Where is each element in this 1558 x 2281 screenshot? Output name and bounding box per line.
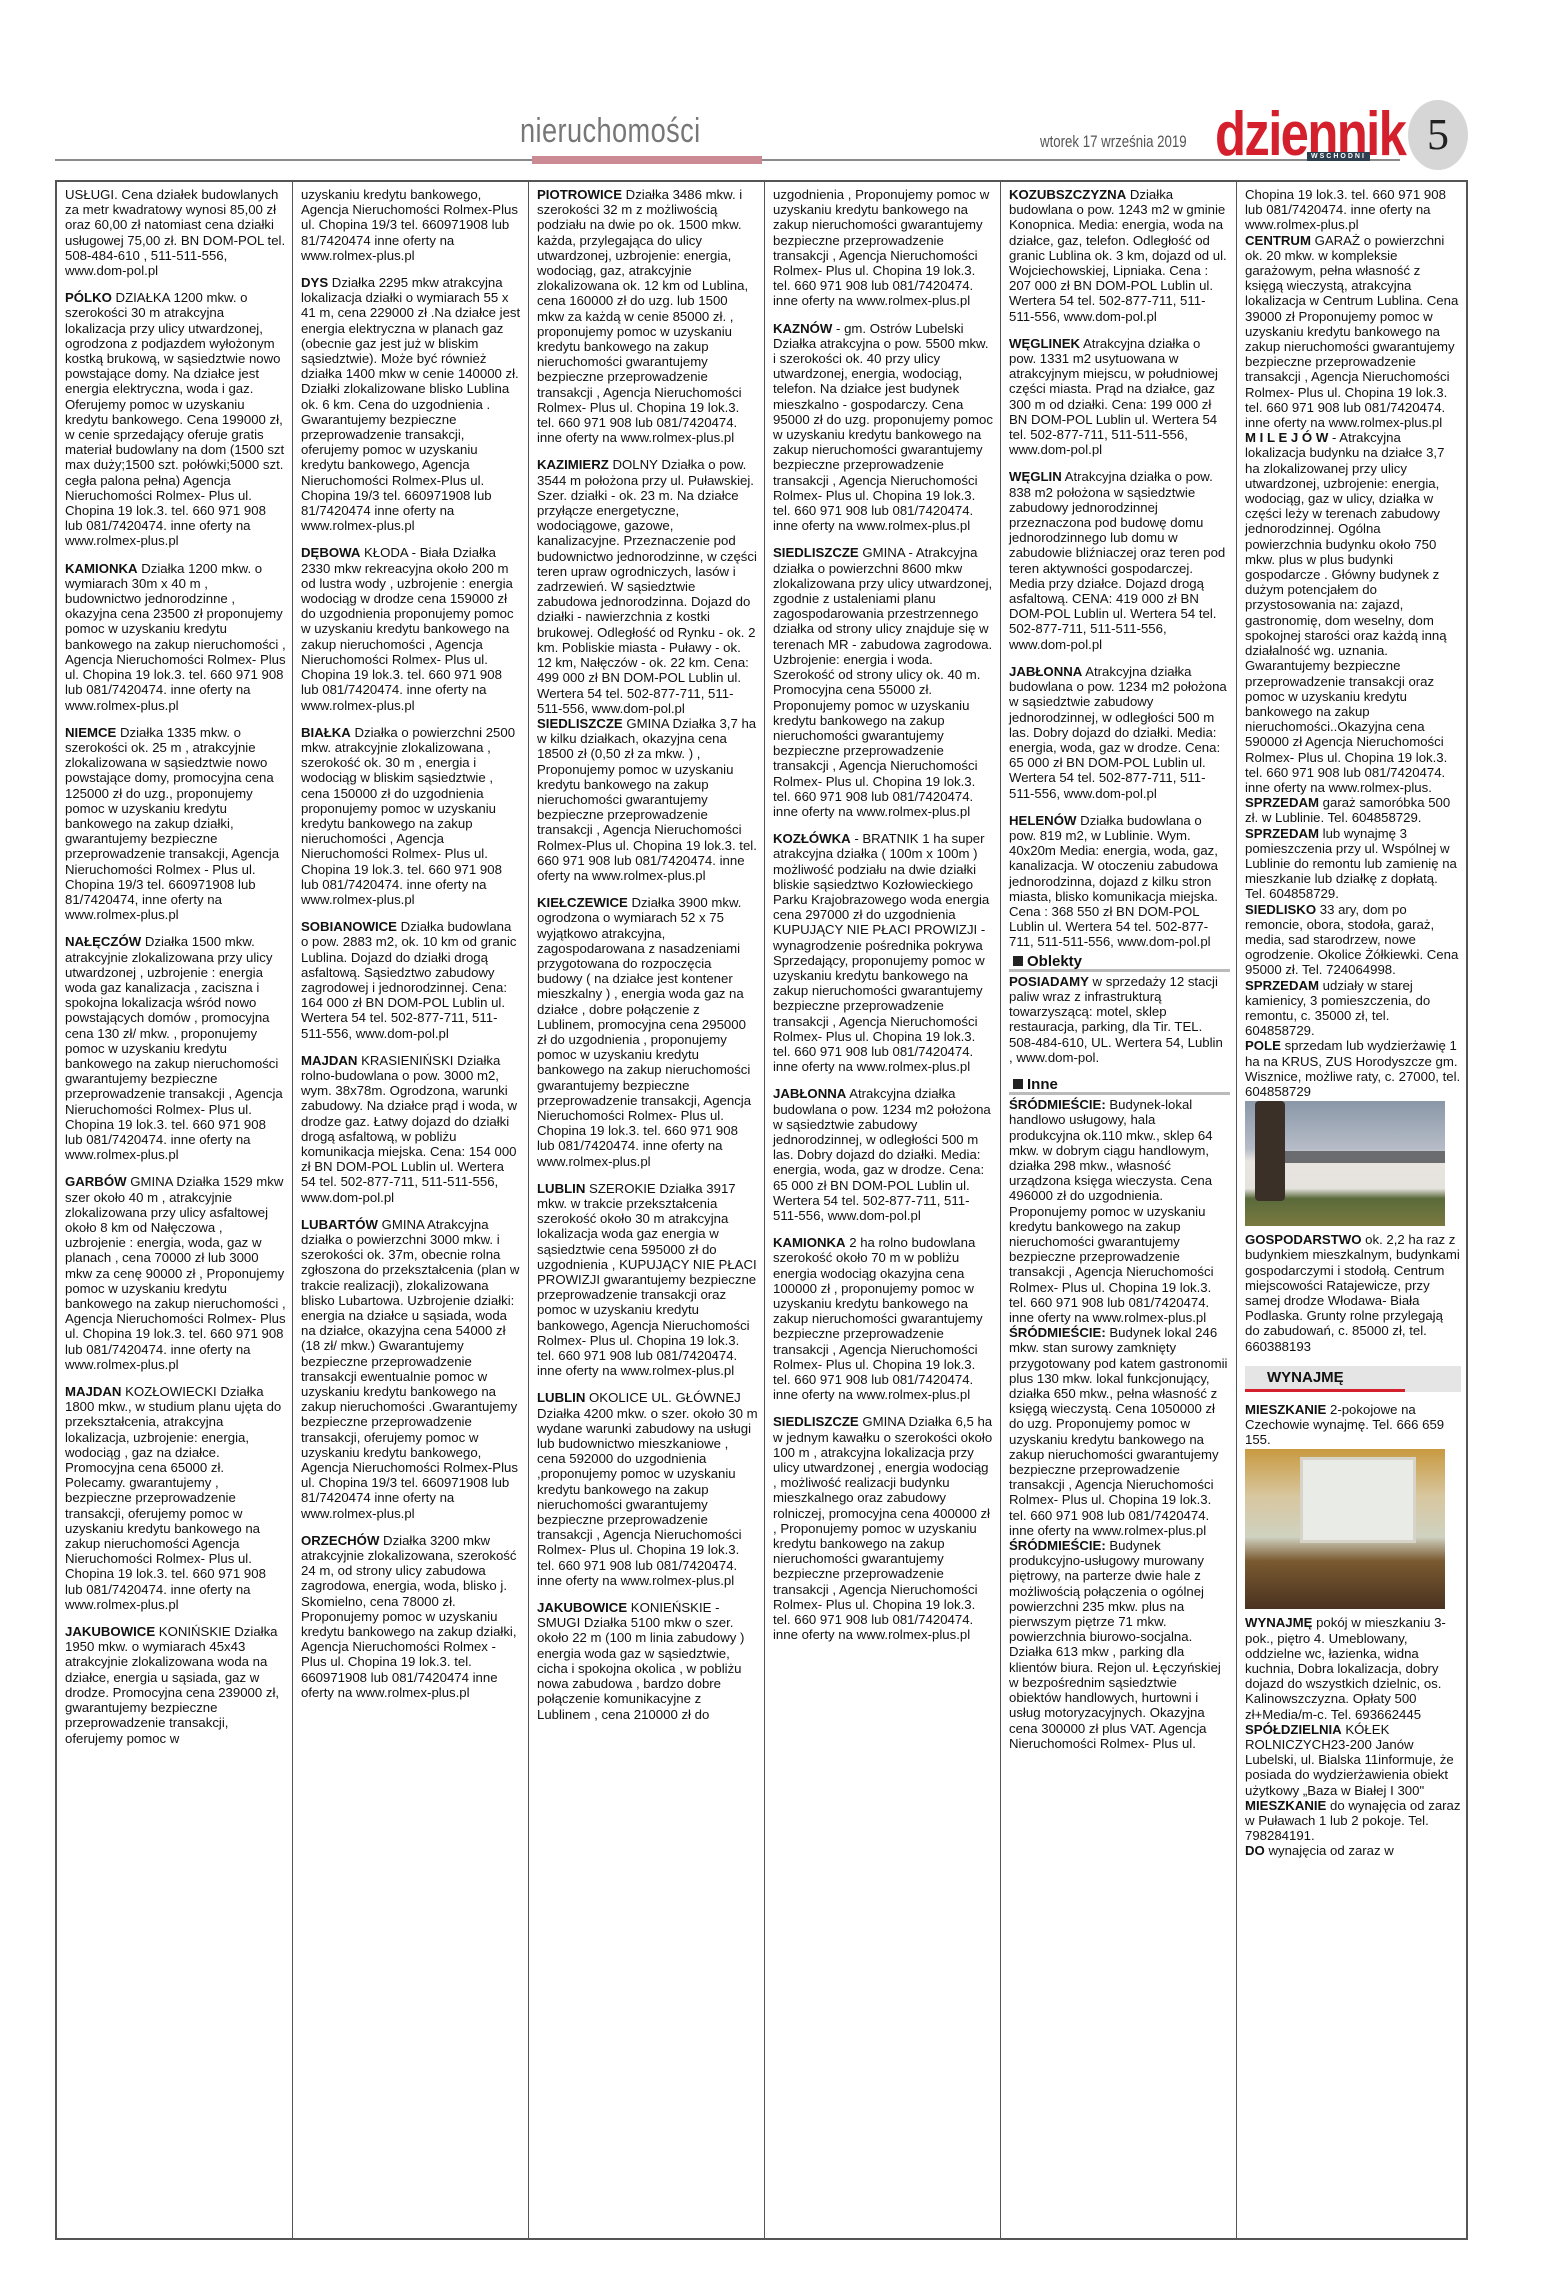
ad: MAJDAN KRASIENIŃSKI Działka rolno-budowl… bbox=[301, 1053, 522, 1205]
ad-lead: BIAŁKA bbox=[301, 725, 351, 740]
ad-lead: POSIADAMY bbox=[1009, 974, 1089, 989]
ad: SOBIANOWICE Działka budowlana o pow. 288… bbox=[301, 919, 522, 1041]
ad-lead: NAŁĘCZÓW bbox=[65, 934, 141, 949]
ad: DO wynajęcia od zaraz w bbox=[1245, 1843, 1461, 1858]
ad: PÓLKO DZIAŁKA 1200 mkw. o szerokości 30 … bbox=[65, 290, 286, 548]
ad-lead: PÓLKO bbox=[65, 290, 112, 305]
apartment-photo bbox=[1245, 1449, 1445, 1609]
ad: Chopina 19 lok.3. tel. 660 971 908 lub 0… bbox=[1245, 187, 1461, 233]
section-heading-rent: WYNAJMĘ bbox=[1245, 1366, 1461, 1392]
ad-lead: SOBIANOWICE bbox=[301, 919, 397, 934]
ad: CENTRUM GARAŻ o powierzchni ok. 20 mkw. … bbox=[1245, 233, 1461, 431]
column-6: Chopina 19 lok.3. tel. 660 971 908 lub 0… bbox=[1237, 182, 1467, 2238]
ad: LUBARTÓW GMINA Atrakcyjna działka o powi… bbox=[301, 1217, 522, 1521]
ad: KOZUBSZCZYZNA Działka budowlana o pow. 1… bbox=[1009, 187, 1230, 324]
ad: SPRZEDAM lub wynajmę 3 pomieszczenia prz… bbox=[1245, 826, 1461, 902]
ad-lead: DĘBOWA bbox=[301, 545, 360, 560]
ad-lead: POLE bbox=[1245, 1038, 1281, 1053]
ad: KOZŁÓWKA - BRATNIK 1 ha super atrakcyjna… bbox=[773, 831, 994, 1074]
ad-lead: MIESZKANIE bbox=[1245, 1402, 1326, 1417]
ad-lead: SIEDLISZCZE bbox=[773, 545, 859, 560]
ad-lead: SPRZEDAM bbox=[1245, 826, 1319, 841]
ad-lead: SPRZEDAM bbox=[1245, 795, 1319, 810]
ad-lead: CENTRUM bbox=[1245, 233, 1311, 248]
ad: SPRZEDAM udziały w starej kamienicy, 3 p… bbox=[1245, 978, 1461, 1039]
ad: KAMIONKA 2 ha rolno budowlana szerokość … bbox=[773, 1235, 994, 1402]
ad: WĘGLIN Atrakcyjna działka o pow. 838 m2 … bbox=[1009, 469, 1230, 651]
ad: DYS Działka 2295 mkw atrakcyjna lokaliza… bbox=[301, 275, 522, 533]
ad: JAKUBOWICE KONIEŃSKIE - SMUGI Działka 51… bbox=[537, 1600, 758, 1722]
ad-lead: SPRZEDAM bbox=[1245, 978, 1319, 993]
ad-lead: WĘGLIN bbox=[1009, 469, 1062, 484]
ad: POSIADAMY w sprzedaży 12 stacji paliw wr… bbox=[1009, 974, 1230, 1065]
ad-lead: HELENÓW bbox=[1009, 813, 1076, 828]
column-3: PIOTROWICE Działka 3486 mkw. i szerokośc… bbox=[529, 182, 764, 2238]
ad: KAMIONKA Działka 1200 mkw. o wymiarach 3… bbox=[65, 561, 286, 713]
ad: SPÓŁDZIELNIA KÓŁEK ROLNICZYCH23-200 Janó… bbox=[1245, 1722, 1461, 1798]
ad: KAZIMIERZ DOLNY Działka o pow. 3544 m po… bbox=[537, 457, 758, 715]
ad-lead: ŚRÓDMIEŚCIE: bbox=[1009, 1097, 1106, 1112]
ad: DĘBOWA KŁODA - Biała Działka 2330 mkw re… bbox=[301, 545, 522, 712]
logo-subtitle: WSCHODNI bbox=[1307, 152, 1370, 161]
house-photo bbox=[1245, 1101, 1445, 1226]
ad-lead: M I L E J Ó W bbox=[1245, 430, 1328, 445]
ad-lead: JABŁONNA bbox=[773, 1086, 846, 1101]
section-title: nieruchomości bbox=[520, 112, 701, 151]
ad-lead: SIEDLISKO bbox=[1245, 902, 1316, 917]
ad-lead: NIEMCE bbox=[65, 725, 116, 740]
ad: ŚRÓDMIEŚCIE: Budynek produkcyjno-usługow… bbox=[1009, 1538, 1230, 1751]
ad-lead: KAZIMIERZ bbox=[537, 457, 609, 472]
ad-lead: MAJDAN bbox=[65, 1384, 121, 1399]
page-number: 5 bbox=[1408, 100, 1468, 170]
ad-lead: KAMIONKA bbox=[65, 561, 138, 576]
ad: uzgodnienia , Proponujemy pomoc w uzyska… bbox=[773, 187, 994, 309]
issue-date: wtorek 17 września 2019 bbox=[1040, 132, 1187, 152]
subheading-other: Inne bbox=[1009, 1077, 1230, 1095]
ad-lead: DO bbox=[1245, 1843, 1265, 1858]
ad-lead: SIEDLISZCZE bbox=[773, 1414, 859, 1429]
ad: ŚRÓDMIEŚCIE: Budynek-lokal handlowo usłu… bbox=[1009, 1097, 1230, 1325]
ad-lead: JAKUBOWICE bbox=[537, 1600, 627, 1615]
ad: WYNAJMĘ pokój w mieszkaniu 3-pok., piętr… bbox=[1245, 1615, 1461, 1721]
ad: MIESZKANIE do wynajęcia od zaraz w Puław… bbox=[1245, 1798, 1461, 1844]
ad-lead: DYS bbox=[301, 275, 328, 290]
ad: JAKUBOWICE KONIŃSKIE Działka 1950 mkw. o… bbox=[65, 1624, 286, 1746]
column-5: KOZUBSZCZYZNA Działka budowlana o pow. 1… bbox=[1001, 182, 1236, 2238]
ad-lead: ŚRÓDMIEŚCIE: bbox=[1009, 1325, 1106, 1340]
page-header: nieruchomości wtorek 17 września 2019 dz… bbox=[0, 0, 1558, 170]
ad: BIAŁKA Działka o powierzchni 2500 mkw. a… bbox=[301, 725, 522, 907]
ad-lead: MAJDAN bbox=[301, 1053, 357, 1068]
ad-lead: GARBÓW bbox=[65, 1174, 127, 1189]
square-bullet-icon bbox=[1013, 1079, 1023, 1089]
ad: uzyskaniu kredytu bankowego, Agencja Nie… bbox=[301, 187, 522, 263]
ad: USŁUGI. Cena działek budowlanych za metr… bbox=[65, 187, 286, 278]
ad: GOSPODARSTWO ok. 2,2 ha raz z budynkiem … bbox=[1245, 1232, 1461, 1354]
ad-lead: KAMIONKA bbox=[773, 1235, 846, 1250]
ad: M I L E J Ó W - Atrakcyjna lokalizacja b… bbox=[1245, 430, 1461, 795]
column-4: uzgodnienia , Proponujemy pomoc w uzyska… bbox=[765, 182, 1000, 2238]
ad: KIEŁCZEWICE Działka 3900 mkw. ogrodzona … bbox=[537, 895, 758, 1169]
ad-lead: KIEŁCZEWICE bbox=[537, 895, 628, 910]
square-bullet-icon bbox=[1013, 956, 1023, 966]
ad-lead: WĘGLINEK bbox=[1009, 336, 1080, 351]
ad: MIESZKANIE 2-pokojowe na Czechowie wynaj… bbox=[1245, 1402, 1461, 1448]
column-1: USŁUGI. Cena działek budowlanych za metr… bbox=[57, 182, 292, 2238]
ad-lead: ORZECHÓW bbox=[301, 1533, 379, 1548]
ad-lead: LUBARTÓW bbox=[301, 1217, 378, 1232]
section-accent-bar bbox=[532, 156, 762, 164]
ad: LUBLIN SZEROKIE Działka 3917 mkw. w trak… bbox=[537, 1181, 758, 1379]
ad-lead: WYNAJMĘ bbox=[1245, 1615, 1312, 1630]
ad-lead: PIOTROWICE bbox=[537, 187, 622, 202]
ad-lead: MIESZKANIE bbox=[1245, 1798, 1326, 1813]
ad-lead: ŚRÓDMIEŚCIE: bbox=[1009, 1538, 1106, 1553]
ad: NAŁĘCZÓW Działka 1500 mkw. atrakcyjnie z… bbox=[65, 934, 286, 1162]
ad: ŚRÓDMIEŚCIE: Budynek lokal 246 mkw. stan… bbox=[1009, 1325, 1230, 1538]
ad: GARBÓW GMINA Działka 1529 mkw szer około… bbox=[65, 1174, 286, 1372]
subheading-objects: Oblekty bbox=[1009, 954, 1230, 972]
ad: SIEDLISZCZE GMINA Działka 3,7 ha w kilku… bbox=[537, 716, 758, 883]
ad-lead: SIEDLISZCZE bbox=[537, 716, 623, 731]
ad: SIEDLISKO 33 ary, dom po remoncie, obora… bbox=[1245, 902, 1461, 978]
newspaper-logo: dziennik WSCHODNI bbox=[1215, 108, 1385, 170]
ad: HELENÓW Działka budowlana o pow. 819 m2,… bbox=[1009, 813, 1230, 950]
ad: MAJDAN KOZŁOWIECKI Działka 1800 mkw., w … bbox=[65, 1384, 286, 1612]
ad: WĘGLINEK Atrakcyjna działka o pow. 1331 … bbox=[1009, 336, 1230, 458]
column-2: uzyskaniu kredytu bankowego, Agencja Nie… bbox=[293, 182, 528, 2238]
ad-lead: KOZUBSZCZYZNA bbox=[1009, 187, 1126, 202]
ad: ORZECHÓW Działka 3200 mkw atrakcyjnie zl… bbox=[301, 1533, 522, 1700]
ad: POLE sprzedam lub wydzierżawię 1 ha na K… bbox=[1245, 1038, 1461, 1099]
ad-lead: LUBLIN bbox=[537, 1181, 585, 1196]
ad-lead: JABŁONNA bbox=[1009, 664, 1082, 679]
ad-lead: KOZŁÓWKA bbox=[773, 831, 851, 846]
ad: SIEDLISZCZE GMINA Działka 6,5 ha w jedny… bbox=[773, 1414, 994, 1642]
ad-lead: SPÓŁDZIELNIA bbox=[1245, 1722, 1342, 1737]
ad: LUBLIN OKOLICE UL. GŁÓWNEJ Działka 4200 … bbox=[537, 1390, 758, 1588]
ad: SPRZEDAM garaż samoróbka 500 zł. w Lubli… bbox=[1245, 795, 1461, 825]
ad-lead: LUBLIN bbox=[537, 1390, 585, 1405]
ad: PIOTROWICE Działka 3486 mkw. i szerokośc… bbox=[537, 187, 758, 445]
ad-lead: KAZNÓW bbox=[773, 321, 832, 336]
ad: SIEDLISZCZE GMINA - Atrakcyjna działka o… bbox=[773, 545, 994, 819]
ad: KAZNÓW - gm. Ostrów Lubelski Działka atr… bbox=[773, 321, 994, 534]
ad: JABŁONNA Atrakcyjna działka budowlana o … bbox=[773, 1086, 994, 1223]
ad-lead: JAKUBOWICE bbox=[65, 1624, 155, 1639]
ad: JABŁONNA Atrakcyjna działka budowlana o … bbox=[1009, 664, 1230, 801]
ad: NIEMCE Działka 1335 mkw. o szerokości ok… bbox=[65, 725, 286, 923]
ad-lead: GOSPODARSTWO bbox=[1245, 1232, 1362, 1247]
